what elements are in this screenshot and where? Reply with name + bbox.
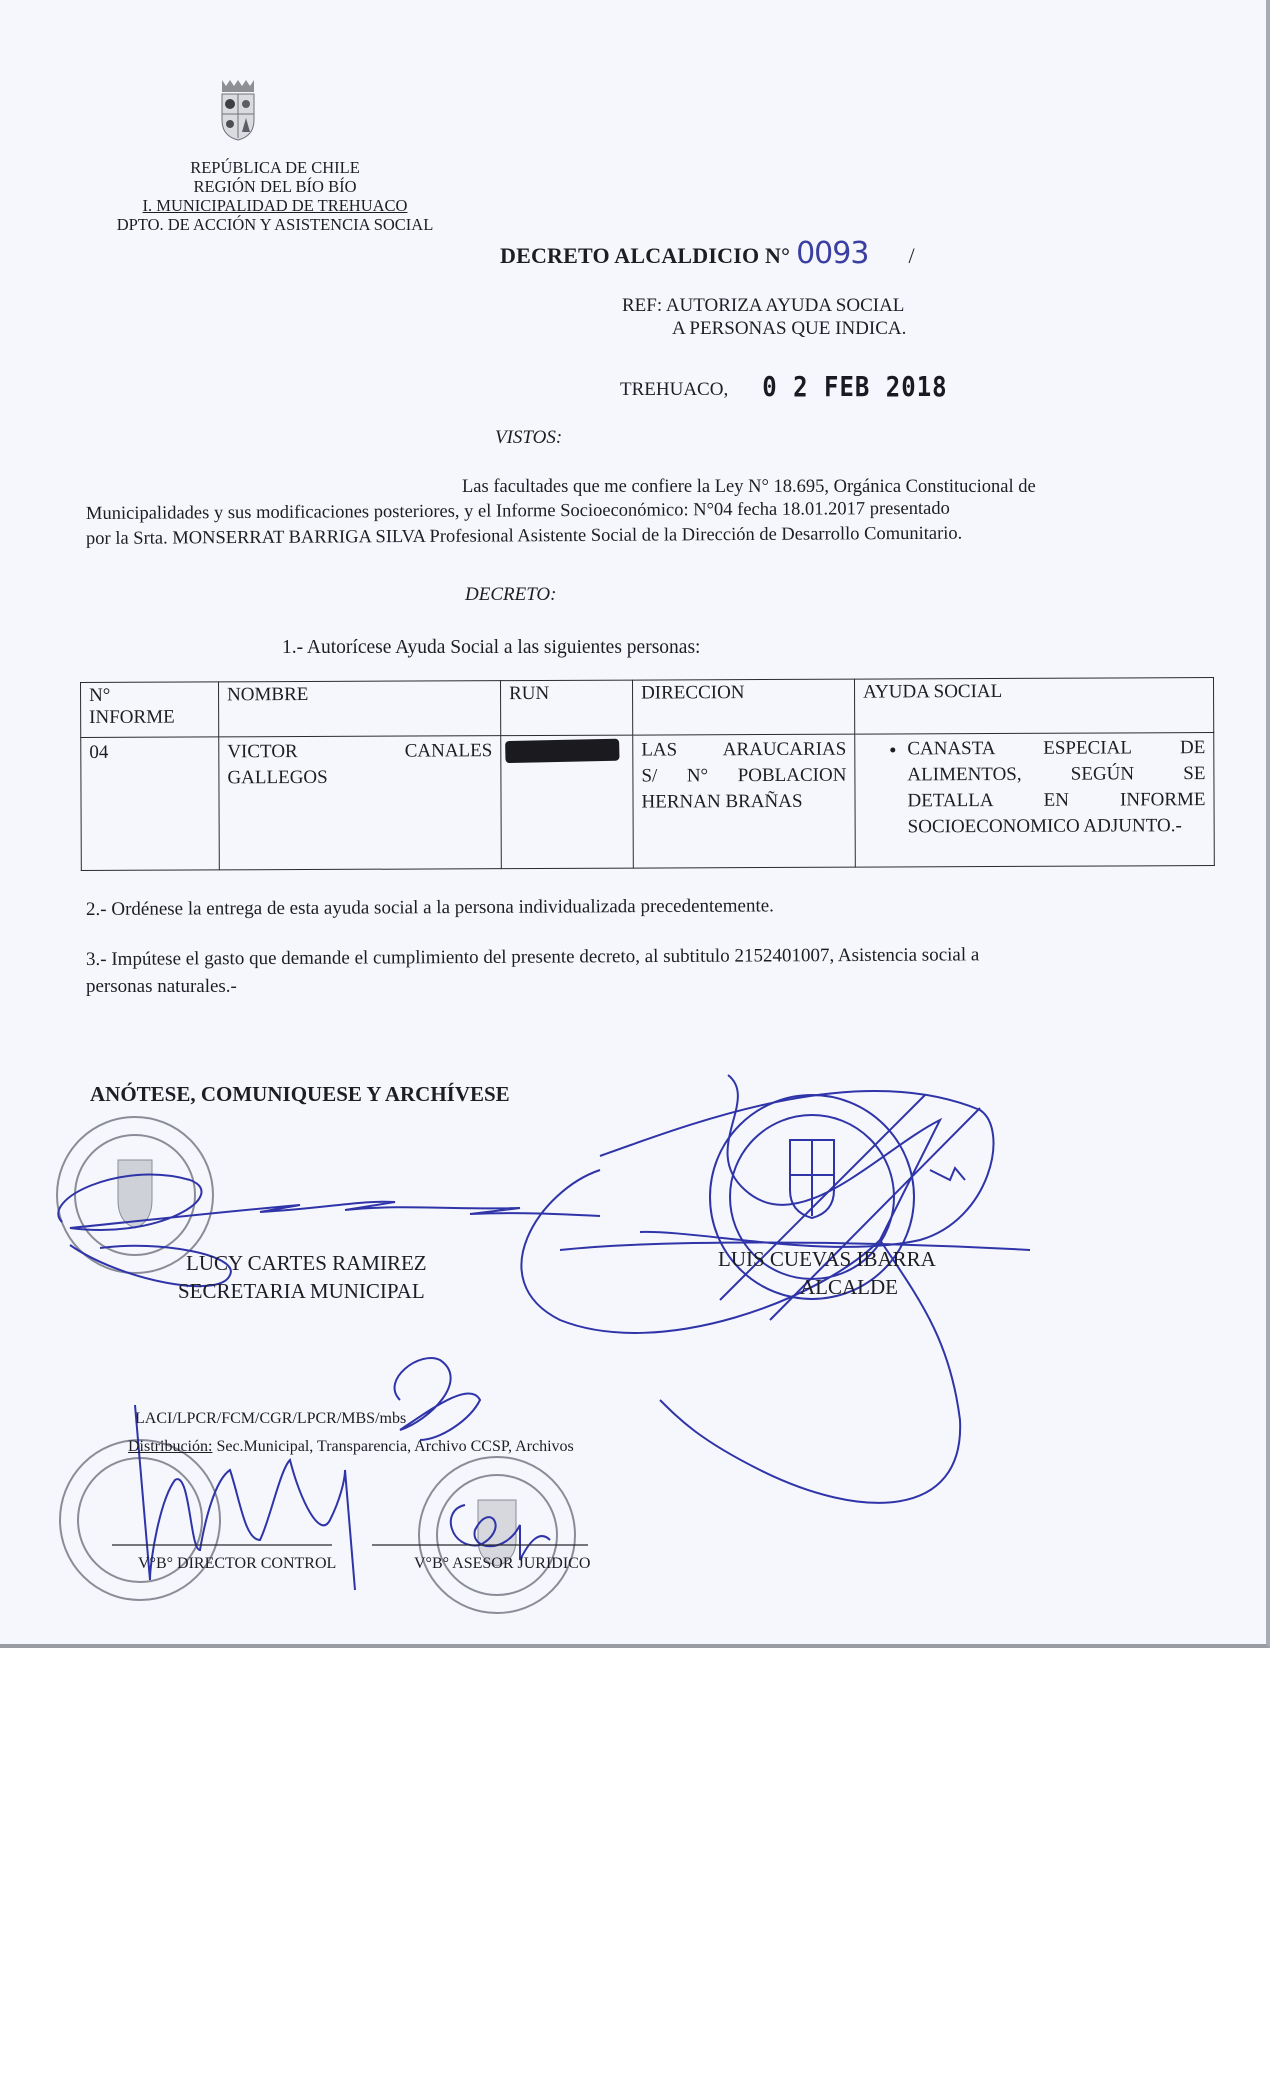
stamps-and-signatures-layer — [0, 0, 1270, 1648]
initials-scribble — [395, 1358, 480, 1440]
distribution-list: Sec.Municipal, Transparencia, Archivo CC… — [212, 1438, 573, 1455]
vb-asesor-juridico-label: V°B° ASESOR JURIDICO — [414, 1555, 590, 1573]
distribution-label: Distribución: — [128, 1438, 212, 1455]
distribution-line: Distribución: Sec.Municipal, Transparenc… — [128, 1438, 574, 1456]
scanned-document-page: REPÚBLICA DE CHILE REGIÓN DEL BÍO BÍO I.… — [0, 0, 1270, 1648]
mayor-signature — [521, 1075, 1030, 1503]
mayor-name: LUIS CUEVAS IBARRA — [718, 1246, 936, 1273]
secretary-name: LUCY CARTES RAMIREZ — [186, 1250, 427, 1277]
mayor-title: ALCALDE — [800, 1274, 898, 1301]
secretary-title: SECRETARIA MUNICIPAL — [178, 1278, 425, 1305]
initials-reference: LACI/LPCR/FCM/CGR/LPCR/MBS/mbs — [135, 1410, 406, 1428]
vb-director-control-label: V°B° DIRECTOR CONTROL — [138, 1555, 336, 1573]
juridico-stamp-icon — [419, 1457, 575, 1613]
